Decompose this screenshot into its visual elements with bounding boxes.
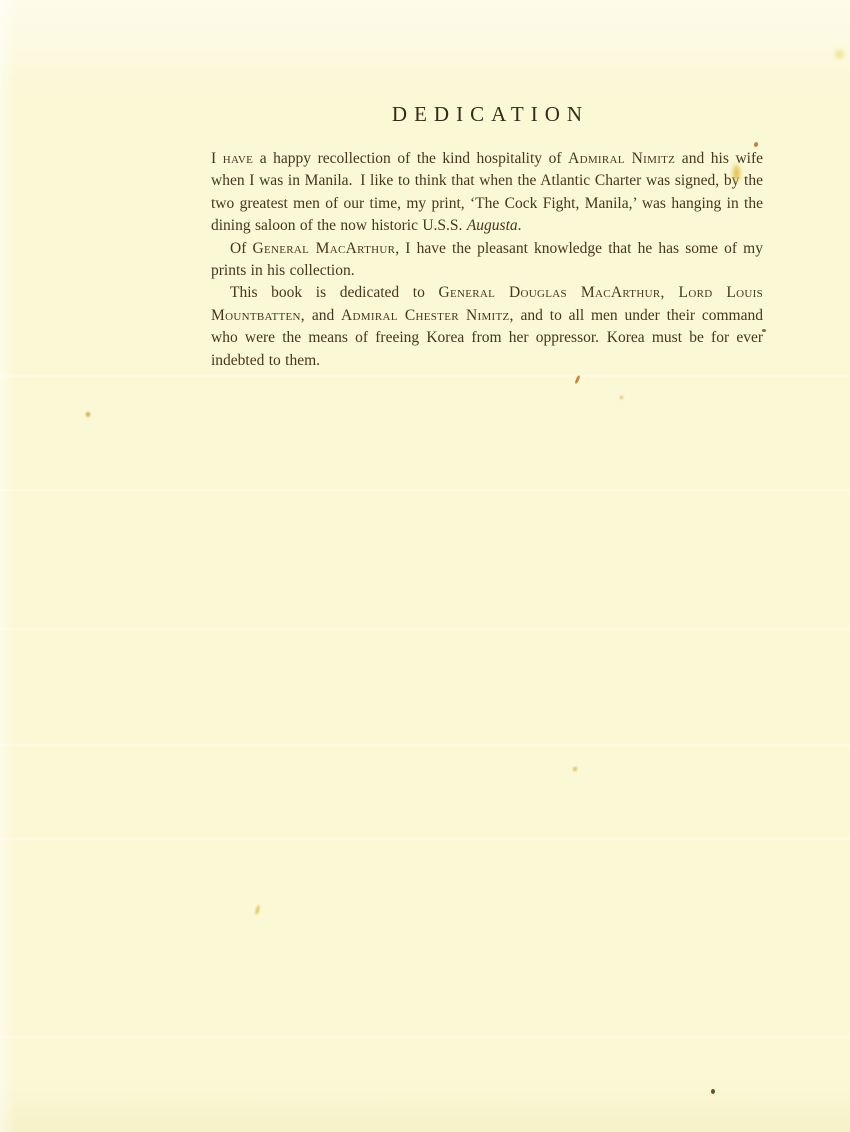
text-segment: General MacArthur	[253, 240, 396, 257]
text-segment: have	[223, 150, 253, 167]
text-segment: I	[211, 150, 223, 167]
dedication-body: I have a happy recollection of the kind …	[211, 148, 763, 372]
page-title: DEDICATION	[211, 102, 763, 127]
paper-speck	[620, 396, 623, 399]
paper-speck	[86, 412, 90, 417]
text-segment: and	[305, 307, 341, 324]
paper-speck	[711, 1089, 715, 1094]
text-segment: a happy recollection of the kind hospita…	[253, 150, 568, 167]
text-segment: Of	[230, 240, 253, 257]
dedication-section: DEDICATION I have a happy recollection o…	[211, 102, 763, 372]
text-segment: .	[518, 217, 522, 234]
dedication-paragraph: I have a happy recollection of the kind …	[211, 148, 763, 238]
text-segment: Admiral Chester Nimitz,	[341, 307, 514, 324]
paper-speck	[573, 767, 577, 771]
text-segment: This book is dedicated to	[230, 284, 438, 301]
text-segment: Admiral Nimitz	[568, 150, 675, 167]
text-segment: Augusta	[467, 217, 518, 234]
dedication-paragraph: Of General MacArthur, I have the pleasan…	[211, 238, 763, 283]
dedication-paragraph: This book is dedicated to General Dougla…	[211, 282, 763, 372]
paper-speck	[255, 905, 260, 915]
paper-speck	[835, 50, 844, 59]
paper-speck	[574, 375, 581, 384]
book-page: DEDICATION I have a happy recollection o…	[0, 0, 850, 1132]
